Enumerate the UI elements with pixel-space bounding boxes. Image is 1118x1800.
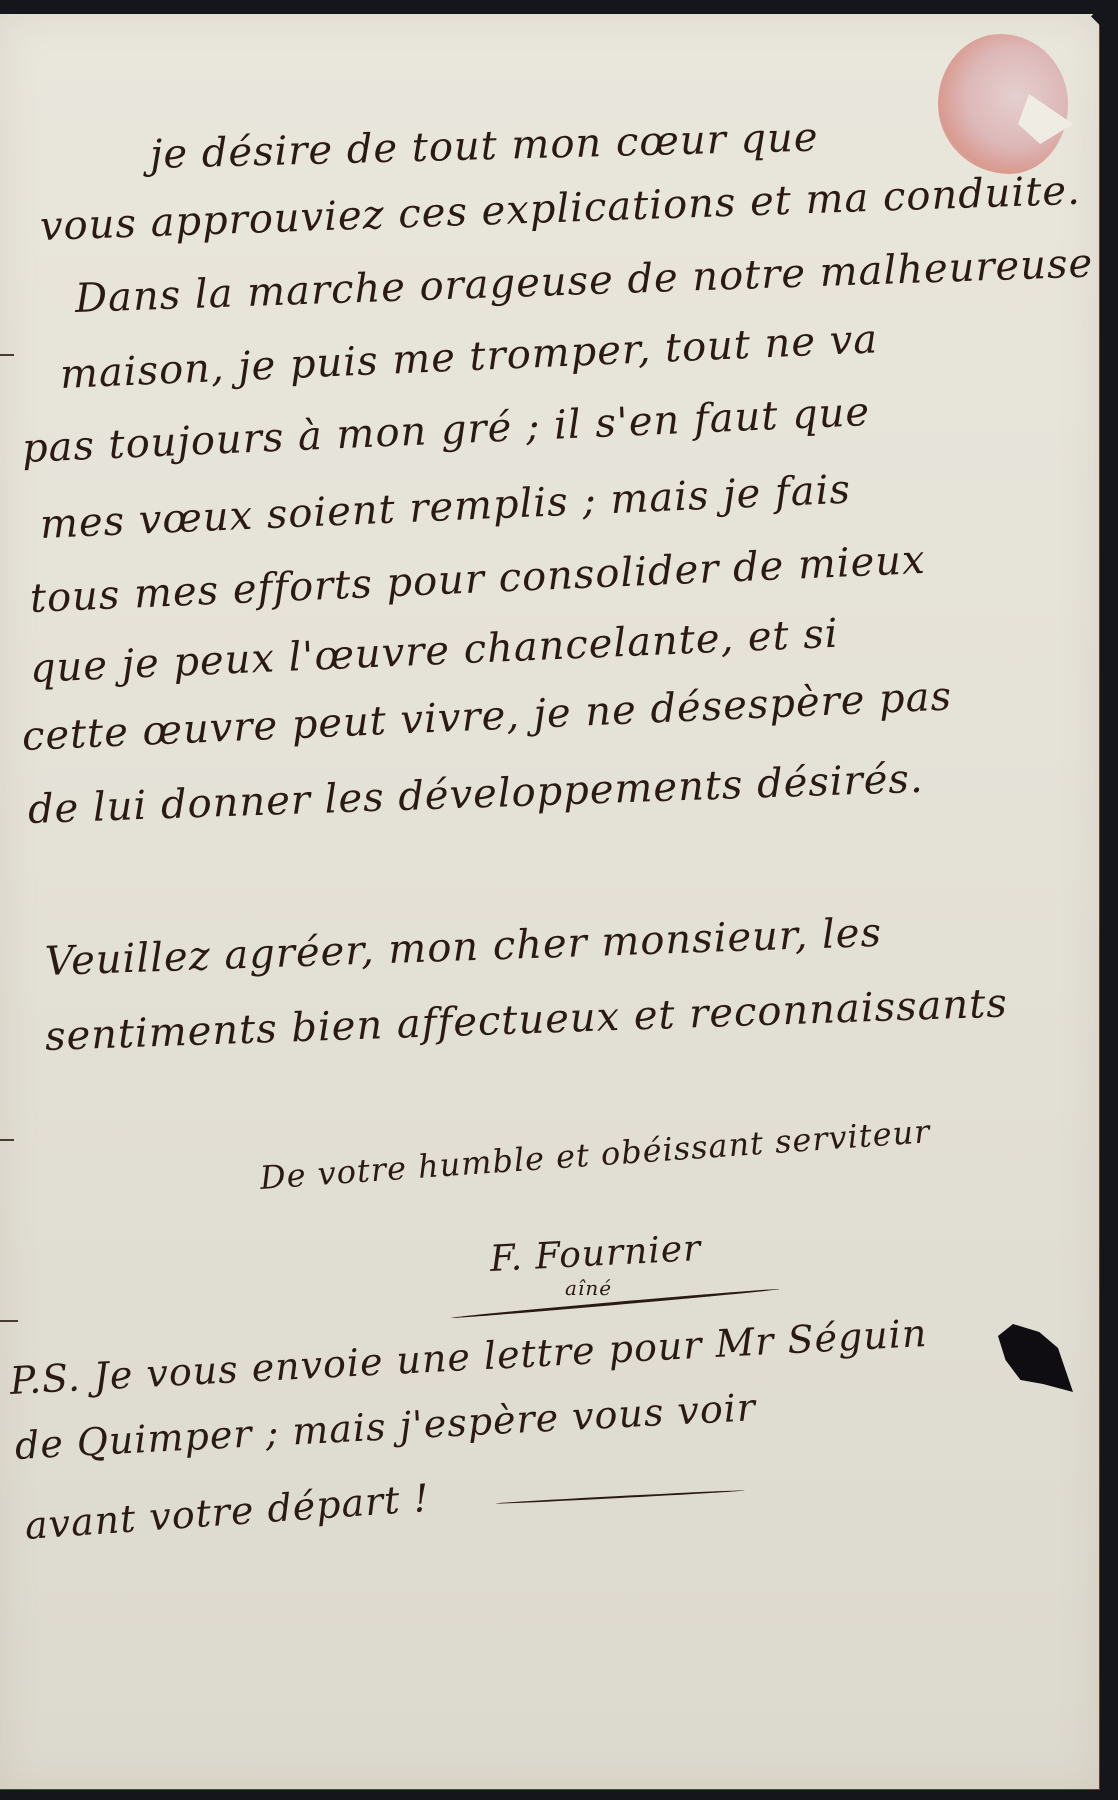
postscript-dash-stroke <box>495 1489 745 1504</box>
body-line-5: pas toujours à mon gré ; il s'en faut qu… <box>21 389 871 472</box>
body-line-10: de lui donner les développements désirés… <box>27 756 924 833</box>
signature: F. Fournier <box>489 1228 702 1280</box>
ink-blot <box>998 1324 1073 1404</box>
closing-line-1: Veuillez agréer, mon cher monsieur, les <box>44 910 883 985</box>
body-line-6: mes vœux soient remplis ; mais je fais <box>39 467 852 548</box>
body-line-9: cette œuvre peut vivre, je ne désespère … <box>21 673 953 760</box>
valediction: De votre humble et obéissant serviteur <box>259 1112 932 1197</box>
letter-paper: je désire de tout mon cœur que vous appr… <box>0 14 1100 1790</box>
margin-mark <box>0 354 14 356</box>
postscript-line-2: de Quimper ; mais j'espère vous voir <box>14 1385 757 1468</box>
closing-line-2: sentiments bien affectueux et reconnaiss… <box>44 980 1008 1060</box>
postscript-line-1: P.S. Je vous envoie une lettre pour Mr S… <box>9 1311 929 1403</box>
body-line-8: que je peux l'œuvre chancelante, et si <box>29 611 840 692</box>
wax-seal-remnant <box>938 34 1068 174</box>
body-line-3: Dans la marche orageuse de notre malheur… <box>74 240 1094 322</box>
margin-mark <box>0 1139 14 1141</box>
body-line-1: je désire de tout mon cœur que <box>149 115 819 178</box>
margin-mark <box>0 1320 18 1322</box>
body-line-7: tous mes efforts pour consolider de mieu… <box>29 537 927 622</box>
signature-flourish <box>450 1288 779 1320</box>
signature-suffix: aîné <box>565 1276 612 1300</box>
body-line-2: vous approuviez ces explications et ma c… <box>39 168 1081 250</box>
body-line-4-text: maison, je puis me tromper, tout ne va <box>59 316 879 398</box>
postscript-line-3: avant votre départ ! <box>23 1476 431 1548</box>
body-line-4: maison, je puis me tromper, tout ne va <box>59 316 879 398</box>
